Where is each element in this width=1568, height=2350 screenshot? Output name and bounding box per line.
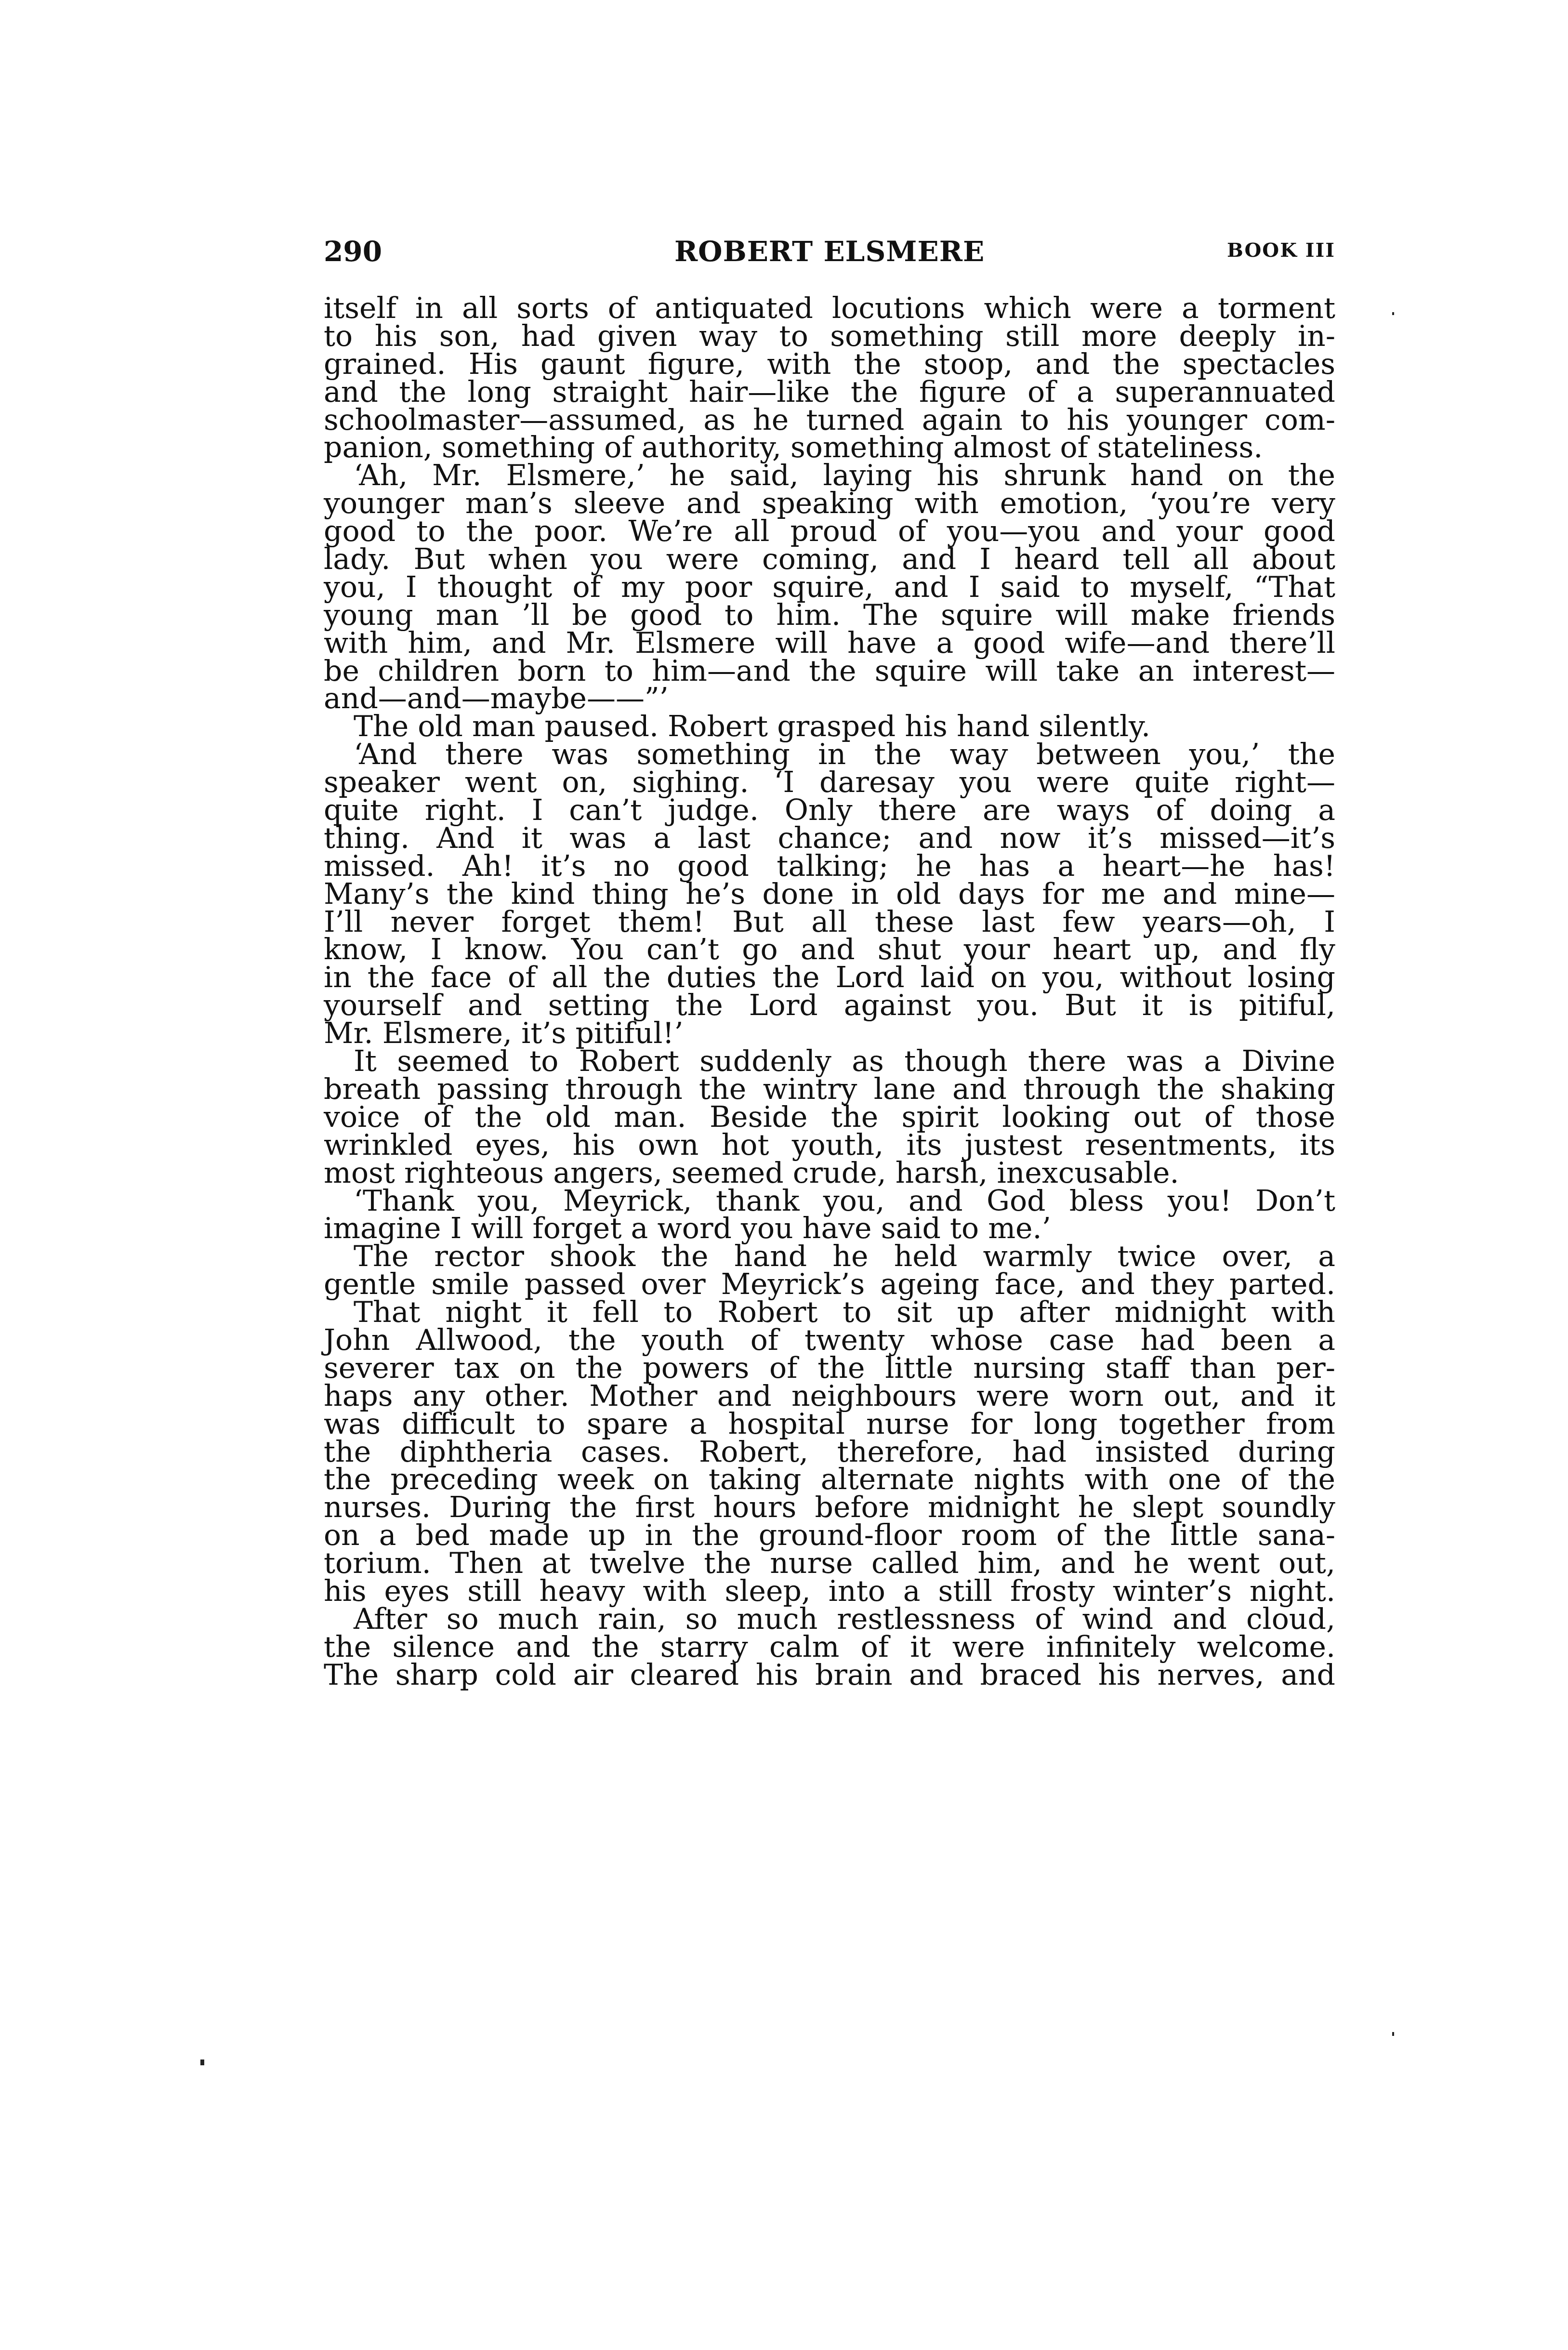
scan-speck-mark	[200, 2060, 204, 2065]
text-line: nurses. During the first hours before mi…	[324, 1494, 1335, 1522]
text-line: grained. His gaunt figure, with the stoo…	[324, 351, 1335, 379]
text-line: schoolmaster—assumed, as he turned again…	[324, 407, 1335, 435]
text-line: John Allwood, the youth of twenty whose …	[324, 1327, 1335, 1355]
text-line: After so much rain, so much restlessness…	[324, 1606, 1335, 1634]
text-line: you, I thought of my poor squire, and I …	[324, 574, 1335, 602]
text-line: imagine I will forget a word you have sa…	[324, 1215, 1335, 1243]
text-line: itself in all sorts of antiquated locuti…	[324, 295, 1335, 323]
text-line: to his son, had given way to something s…	[324, 323, 1335, 351]
text-line: That night it fell to Robert to sit up a…	[324, 1299, 1335, 1327]
text-line: was difficult to spare a hospital nurse …	[324, 1411, 1335, 1439]
text-line: Many’s the kind thing he’s done in old d…	[324, 881, 1335, 909]
scan-speck-mark	[1392, 312, 1394, 315]
text-line: It seemed to Robert suddenly as though t…	[324, 1048, 1335, 1076]
text-line: the diphtheria cases. Robert, therefore,…	[324, 1439, 1335, 1466]
text-line: be children born to him—and the squire w…	[324, 658, 1335, 686]
text-line: ‘And there was something in the way betw…	[324, 741, 1335, 769]
book-page: 290 ROBERT ELSMERE BOOK III itself in al…	[0, 0, 1568, 2350]
text-line: torium. Then at twelve the nurse called …	[324, 1550, 1335, 1578]
text-line: speaker went on, sighing. ‘I daresay you…	[324, 769, 1335, 797]
text-line: lady. But when you were coming, and I he…	[324, 546, 1335, 574]
book-label: BOOK III	[1227, 239, 1335, 262]
text-line: The sharp cold air cleared his brain and…	[324, 1662, 1335, 1690]
text-line: most righteous angers, seemed crude, har…	[324, 1160, 1335, 1188]
text-line: younger man’s sleeve and speaking with e…	[324, 490, 1335, 518]
text-line: and—and—maybe——”’	[324, 685, 1335, 713]
text-line: quite right. I can’t judge. Only there a…	[324, 797, 1335, 825]
text-line: breath passing through the wintry lane a…	[324, 1076, 1335, 1104]
text-line: the preceding week on taking alternate n…	[324, 1466, 1335, 1494]
running-title: ROBERT ELSMERE	[324, 235, 1335, 268]
text-line: young man ’ll be good to him. The squire…	[324, 602, 1335, 630]
text-line: Mr. Elsmere, it’s pitiful!’	[324, 1020, 1335, 1048]
scan-speck-mark	[1392, 2032, 1394, 2036]
body-text: itself in all sorts of antiquated locuti…	[324, 295, 1335, 1690]
text-line: wrinkled eyes, his own hot youth, its ju…	[324, 1132, 1335, 1160]
text-line: voice of the old man. Beside the spirit …	[324, 1104, 1335, 1132]
text-line: thing. And it was a last chance; and now…	[324, 825, 1335, 853]
text-line: yourself and setting the Lord against yo…	[324, 992, 1335, 1020]
text-line: panion, something of authority, somethin…	[324, 434, 1335, 462]
text-line: the silence and the starry calm of it we…	[324, 1634, 1335, 1662]
text-line: ‘Ah, Mr. Elsmere,’ he said, laying his s…	[324, 462, 1335, 490]
text-line: The rector shook the hand he held warmly…	[324, 1243, 1335, 1271]
text-line: in the face of all the duties the Lord l…	[324, 964, 1335, 992]
text-line: I’ll never forget them! But all these la…	[324, 909, 1335, 937]
text-line: severer tax on the powers of the little …	[324, 1355, 1335, 1383]
text-line: on a bed made up in the ground-floor roo…	[324, 1522, 1335, 1550]
text-line: know, I know. You can’t go and shut your…	[324, 936, 1335, 964]
text-line: haps any other. Mother and neighbours we…	[324, 1383, 1335, 1411]
text-line: The old man paused. Robert grasped his h…	[324, 713, 1335, 741]
text-line: gentle smile passed over Meyrick’s agein…	[324, 1271, 1335, 1299]
text-line: with him, and Mr. Elsmere will have a go…	[324, 630, 1335, 658]
text-line: ‘Thank you, Meyrick, thank you, and God …	[324, 1188, 1335, 1215]
text-line: missed. Ah! it’s no good talking; he has…	[324, 853, 1335, 881]
text-line: good to the poor. We’re all proud of you…	[324, 518, 1335, 546]
text-line: and the long straight hair—like the figu…	[324, 379, 1335, 407]
running-header: 290 ROBERT ELSMERE BOOK III	[324, 235, 1335, 274]
text-line: his eyes still heavy with sleep, into a …	[324, 1578, 1335, 1606]
